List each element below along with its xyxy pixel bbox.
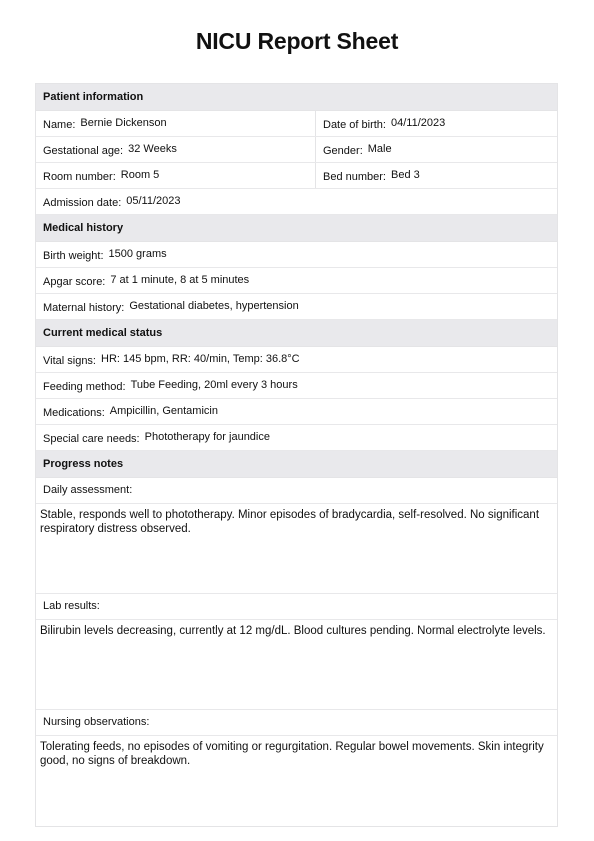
date-of-birth-field[interactable]: Date of birth: 04/11/2023 [316, 111, 557, 136]
field-value: Ampicillin, Gentamicin [110, 405, 218, 418]
field-label: Bed number: [323, 169, 386, 183]
table-row: Vital signs: HR: 145 bpm, RR: 40/min, Te… [36, 347, 557, 373]
field-value: Tube Feeding, 20ml every 3 hours [131, 379, 298, 392]
daily-assessment-label: Daily assessment: [36, 478, 557, 504]
table-row: Feeding method: Tube Feeding, 20ml every… [36, 373, 557, 399]
room-number-field[interactable]: Room number: Room 5 [36, 163, 316, 188]
nursing-observations-label: Nursing observations: [36, 710, 557, 736]
field-label: Feeding method: [43, 379, 126, 393]
field-label: Vital signs: [43, 353, 96, 367]
field-label: Birth weight: [43, 248, 104, 262]
field-value: Bernie Dickenson [80, 117, 166, 130]
field-value: Room 5 [121, 169, 160, 182]
name-field[interactable]: Name: Bernie Dickenson [36, 111, 316, 136]
section-header-medical-history: Medical history [36, 215, 557, 242]
field-label: Gender: [323, 143, 363, 157]
daily-assessment-textarea[interactable]: Stable, responds well to phototherapy. M… [36, 504, 557, 594]
table-row: Room number: Room 5 Bed number: Bed 3 [36, 163, 557, 189]
field-value: 7 at 1 minute, 8 at 5 minutes [110, 274, 249, 287]
nursing-observations-textarea[interactable]: Tolerating feeds, no episodes of vomitin… [36, 736, 557, 826]
birth-weight-field[interactable]: Birth weight: 1500 grams [36, 242, 557, 267]
field-value: 1500 grams [109, 248, 167, 261]
field-label: Gestational age: [43, 143, 123, 157]
field-value: 32 Weeks [128, 143, 177, 156]
field-label: Special care needs: [43, 431, 140, 445]
field-label: Admission date: [43, 195, 121, 209]
field-label: Name: [43, 117, 75, 131]
field-label: Room number: [43, 169, 116, 183]
field-label: Maternal history: [43, 300, 124, 314]
field-label: Apgar score: [43, 274, 105, 288]
page-title: NICU Report Sheet [0, 28, 594, 55]
bed-number-field[interactable]: Bed number: Bed 3 [316, 163, 557, 188]
field-value: 04/11/2023 [391, 117, 445, 130]
section-header-patient-information: Patient information [36, 84, 557, 111]
vital-signs-field[interactable]: Vital signs: HR: 145 bpm, RR: 40/min, Te… [36, 347, 557, 372]
field-label: Date of birth: [323, 117, 386, 131]
medications-field[interactable]: Medications: Ampicillin, Gentamicin [36, 399, 557, 424]
table-row: Maternal history: Gestational diabetes, … [36, 294, 557, 320]
table-row: Apgar score: 7 at 1 minute, 8 at 5 minut… [36, 268, 557, 294]
table-row: Special care needs: Phototherapy for jau… [36, 425, 557, 451]
field-value: HR: 145 bpm, RR: 40/min, Temp: 36.8°C [101, 353, 300, 366]
field-value: Phototherapy for jaundice [145, 431, 270, 444]
table-row: Admission date: 05/11/2023 [36, 189, 557, 215]
field-label: Medications: [43, 405, 105, 419]
field-value: 05/11/2023 [126, 195, 180, 208]
section-header-current-medical-status: Current medical status [36, 320, 557, 347]
special-care-needs-field[interactable]: Special care needs: Phototherapy for jau… [36, 425, 557, 450]
table-row: Medications: Ampicillin, Gentamicin [36, 399, 557, 425]
field-value: Male [368, 143, 392, 156]
table-row: Gestational age: 32 Weeks Gender: Male [36, 137, 557, 163]
admission-date-field[interactable]: Admission date: 05/11/2023 [36, 189, 557, 214]
apgar-score-field[interactable]: Apgar score: 7 at 1 minute, 8 at 5 minut… [36, 268, 557, 293]
lab-results-label: Lab results: [36, 594, 557, 620]
table-row: Birth weight: 1500 grams [36, 242, 557, 268]
feeding-method-field[interactable]: Feeding method: Tube Feeding, 20ml every… [36, 373, 557, 398]
report-sheet: Patient information Name: Bernie Dickens… [35, 83, 558, 827]
field-value: Gestational diabetes, hypertension [129, 300, 298, 313]
table-row: Name: Bernie Dickenson Date of birth: 04… [36, 111, 557, 137]
gender-field[interactable]: Gender: Male [316, 137, 557, 162]
maternal-history-field[interactable]: Maternal history: Gestational diabetes, … [36, 294, 557, 319]
gestational-age-field[interactable]: Gestational age: 32 Weeks [36, 137, 316, 162]
lab-results-textarea[interactable]: Bilirubin levels decreasing, currently a… [36, 620, 557, 710]
field-value: Bed 3 [391, 169, 420, 182]
section-header-progress-notes: Progress notes [36, 451, 557, 478]
